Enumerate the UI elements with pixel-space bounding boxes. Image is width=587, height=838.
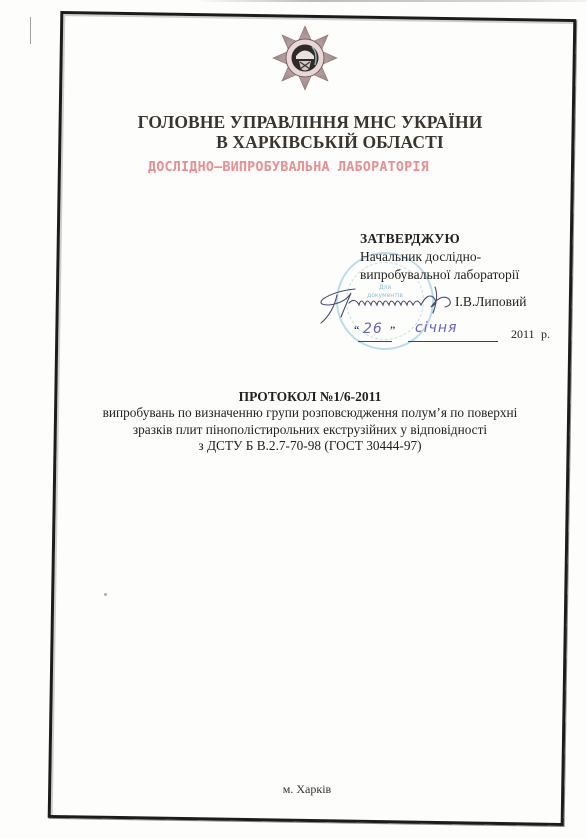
organization-region: В ХАРКІВСЬКІЙ ОБЛАСТІ bbox=[20, 132, 587, 153]
approval-block: ЗАТВЕРДЖУЮ Начальник дослідно- випробува… bbox=[360, 230, 519, 284]
city-footer: м. Харків bbox=[0, 782, 587, 797]
date-day: 26 bbox=[363, 321, 383, 337]
approval-title: ЗАТВЕРДЖУЮ bbox=[360, 230, 519, 248]
margin-mark bbox=[30, 17, 31, 44]
scan-shadow bbox=[195, 0, 587, 2]
date-year: 2011 bbox=[511, 327, 535, 342]
approver-position-line1: Начальник дослідно- bbox=[360, 248, 519, 266]
protocol-heading: ПРОТОКОЛ №1/6-2011 випробувань по визнач… bbox=[0, 388, 587, 455]
laboratory-name: ДОСЛІДНО–ВИПРОБУВАЛЬНА ЛАБОРАТОРІЯ bbox=[148, 160, 478, 175]
protocol-title: ПРОТОКОЛ №1/6-2011 bbox=[0, 388, 587, 405]
date-month: січня bbox=[415, 320, 457, 336]
approver-position-line2: випробувальної лабораторії bbox=[360, 266, 519, 284]
date-year-suffix: р. bbox=[541, 327, 550, 342]
date-open-quote: “ bbox=[354, 323, 359, 338]
month-underline bbox=[408, 341, 498, 342]
day-underline bbox=[358, 341, 392, 342]
handwritten-signature bbox=[315, 283, 465, 325]
protocol-subtitle-line1: випробувань по визначенню групи розповсю… bbox=[0, 405, 587, 422]
protocol-subtitle-line3: з ДСТУ Б В.2.7-70-98 (ГОСТ 30444-97) bbox=[0, 438, 587, 455]
signer-name: І.В.Липовий bbox=[455, 294, 526, 310]
approval-date: “ 26 ” січня 2011 р. bbox=[352, 321, 562, 343]
protocol-subtitle-line2: зразків плит пінополістирольних екструзі… bbox=[0, 422, 587, 439]
organization-name: ГОЛОВНЕ УПРАВЛІННЯ МНС УКРАЇНИ bbox=[0, 112, 587, 133]
date-close-quote: ” bbox=[390, 323, 395, 338]
emblem-icon bbox=[272, 25, 338, 91]
